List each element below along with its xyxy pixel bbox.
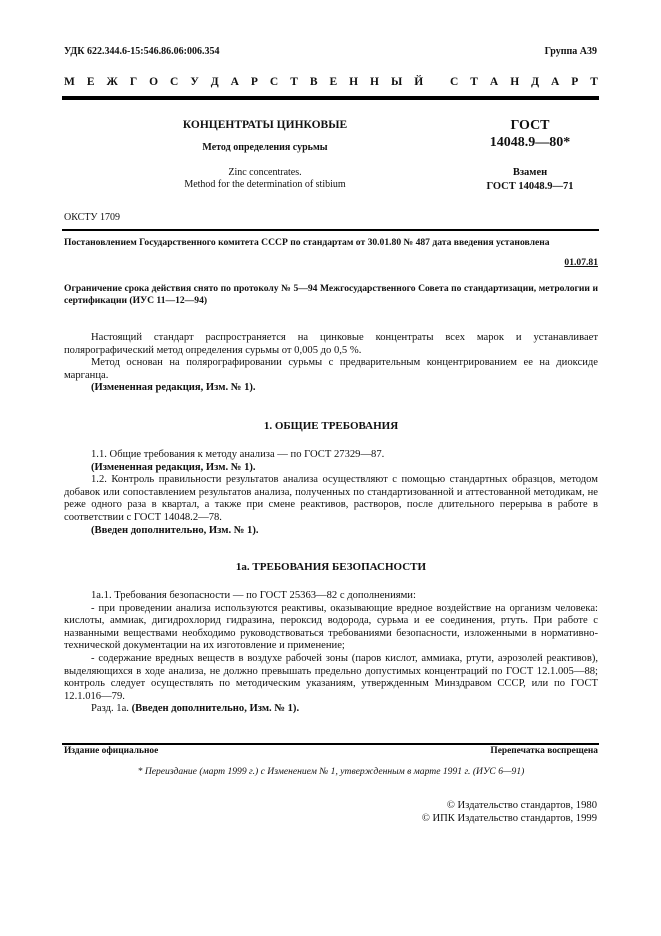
- amendment-note: (Измененная редакция, Изм. № 1).: [64, 462, 598, 475]
- banner-letter: [435, 76, 438, 88]
- copyright-block: © Издательство стандартов, 1980 © ИПК Из…: [422, 799, 597, 825]
- footer-rule: [62, 743, 599, 745]
- document-title: КОНЦЕНТРАТЫ ЦИНКОВЫЕ: [120, 119, 410, 131]
- document-subtitle: Метод определения сурьмы: [120, 142, 410, 153]
- title-rule: [62, 229, 599, 231]
- section-ref: Разд. 1а.: [91, 703, 132, 714]
- oksty-code: ОКСТУ 1709: [64, 212, 120, 223]
- group-code: Группа А39: [545, 46, 597, 57]
- clause-1a-1: 1а.1. Требования безопасности — по ГОСТ …: [64, 590, 598, 603]
- banner-letter: А: [551, 76, 559, 88]
- copyright-1980: © Издательство стандартов, 1980: [422, 799, 597, 812]
- reissue-note: * Переиздание (март 1999 г.) с Изменение…: [64, 766, 598, 777]
- section-1a-heading: 1а. ТРЕБОВАНИЯ БЕЗОПАСНОСТИ: [64, 561, 598, 573]
- interstate-standard-banner: МЕЖГОСУДАРСТВЕННЫЙ СТАНДАРТ: [64, 76, 598, 88]
- banner-letter: С: [170, 76, 178, 88]
- clause-1-1: 1.1. Общие требования к методу анализа —…: [64, 449, 598, 462]
- decree-text: Постановлением Государственного комитета…: [64, 237, 550, 248]
- gost-label: ГОСТ: [455, 117, 605, 134]
- decree-note: Постановлением Государственного комитета…: [64, 236, 598, 270]
- banner-letter: Д: [211, 76, 219, 88]
- official-edition-label: Издание официальное: [64, 746, 158, 756]
- banner-letter: Т: [470, 76, 478, 88]
- clause-1-2: 1.2. Контроль правильности результатов а…: [64, 474, 598, 524]
- banner-letter: В: [310, 76, 318, 88]
- amendment-note: (Введен дополнительно, Изм. № 1).: [132, 703, 300, 714]
- section-1a-body: 1а.1. Требования безопасности — по ГОСТ …: [64, 590, 598, 716]
- banner-letter: Е: [87, 76, 95, 88]
- banner-letter: У: [190, 76, 198, 88]
- safety-bullet: - при проведении анализа используются ре…: [64, 603, 598, 653]
- english-title-line1: Zinc concentrates.: [120, 167, 410, 179]
- amendment-note: (Введен дополнительно, Изм. № 1).: [64, 525, 598, 538]
- banner-letter: Н: [510, 76, 519, 88]
- banner-letter: Р: [571, 76, 578, 88]
- banner-letter: Г: [130, 76, 137, 88]
- footer-row: Издание официальное Перепечатка воспреще…: [64, 746, 598, 756]
- replaces-note: Взамен ГОСТ 14048.9—71: [455, 166, 605, 194]
- limit-removal-note: Ограничение срока действия снято по прот…: [64, 283, 598, 307]
- banner-letter: Н: [349, 76, 358, 88]
- banner-letter: М: [64, 76, 75, 88]
- effective-date: 01.07.81: [64, 256, 598, 270]
- english-title-line2: Method for the determination of stibium: [120, 179, 410, 191]
- banner-letter: Ы: [391, 76, 402, 88]
- replaces-label: Взамен: [455, 166, 605, 180]
- intro-paragraph: Настоящий стандарт распространяется на ц…: [64, 332, 598, 357]
- gost-designation: ГОСТ 14048.9—80*: [455, 117, 605, 151]
- safety-bullet: - содержание вредных веществ в воздухе р…: [64, 653, 598, 703]
- banner-letter: Е: [329, 76, 337, 88]
- banner-letter: С: [270, 76, 278, 88]
- banner-letter: А: [231, 76, 239, 88]
- banner-letter: О: [149, 76, 158, 88]
- banner-letter: А: [490, 76, 498, 88]
- udk-code: УДК 622.344.6-15:546.86.06:006.354: [64, 46, 219, 57]
- reprint-prohibited-label: Перепечатка воспрещена: [490, 746, 598, 756]
- banner-letter: Д: [531, 76, 539, 88]
- header-rule: [62, 96, 599, 100]
- banner-letter: Н: [370, 76, 379, 88]
- intro-section: Настоящий стандарт распространяется на ц…: [64, 332, 598, 395]
- intro-paragraph: Метод основан на полярографировании сурь…: [64, 357, 598, 382]
- banner-letter: Р: [251, 76, 258, 88]
- copyright-1999: © ИПК Издательство стандартов, 1999: [422, 812, 597, 825]
- gost-number: 14048.9—80*: [455, 134, 605, 151]
- banner-letter: Й: [414, 76, 423, 88]
- banner-letter: Т: [590, 76, 598, 88]
- section-amendment-note: Разд. 1а. (Введен дополнительно, Изм. № …: [64, 703, 598, 716]
- replaces-number: ГОСТ 14048.9—71: [455, 180, 605, 194]
- english-title: Zinc concentrates. Method for the determ…: [120, 167, 410, 191]
- section-1-body: 1.1. Общие требования к методу анализа —…: [64, 449, 598, 537]
- section-1-heading: 1. ОБЩИЕ ТРЕБОВАНИЯ: [64, 420, 598, 432]
- banner-letter: С: [450, 76, 458, 88]
- amendment-note: (Измененная редакция, Изм. № 1).: [64, 382, 598, 395]
- banner-letter: Т: [290, 76, 298, 88]
- banner-letter: Ж: [106, 76, 117, 88]
